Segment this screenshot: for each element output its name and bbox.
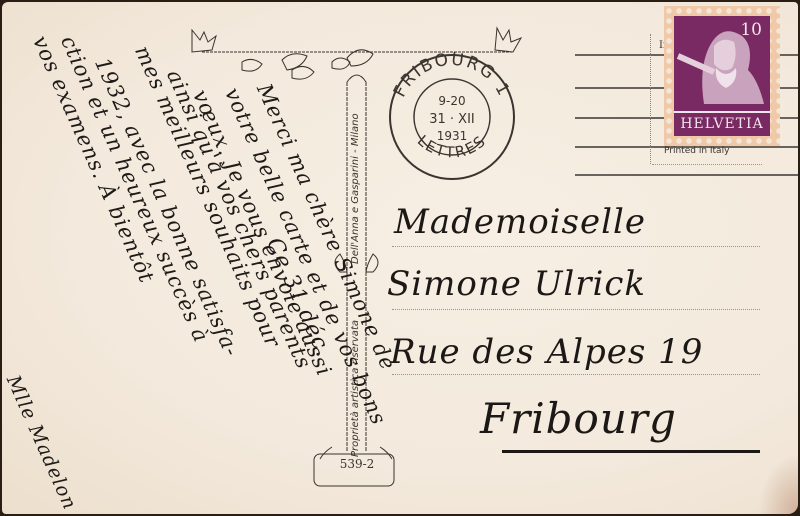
address-line-name: Simone Ulrick bbox=[387, 264, 646, 304]
postmark: FRIBOURG 1 LETTRES 9-20 31 · XII 1931 bbox=[382, 47, 522, 187]
cancellation-line bbox=[575, 174, 798, 176]
address-line-street: Rue des Alpes 19 bbox=[390, 332, 703, 372]
address-line-title: Mademoiselle bbox=[394, 202, 646, 242]
stamp-box-bottom bbox=[652, 164, 762, 165]
printed-in-note: Printed in Italy bbox=[664, 146, 729, 156]
message-signature: Mlle Madelon bbox=[2, 372, 81, 513]
paper-wear bbox=[758, 454, 798, 514]
address-rule bbox=[392, 246, 760, 247]
postmark-year: 1931 bbox=[437, 129, 468, 143]
postmark-time: 9-20 bbox=[438, 94, 465, 108]
publisher-name: Dell'Anna e Gasparini - Milano bbox=[350, 113, 361, 264]
stamp-value: 10 bbox=[740, 20, 762, 40]
address-line-city: Fribourg bbox=[480, 394, 677, 443]
stamp-image: 10 HELVETIA bbox=[674, 16, 770, 136]
postmark-date: 31 · XII bbox=[429, 112, 475, 127]
address-underline bbox=[502, 450, 760, 453]
address-rule bbox=[392, 309, 760, 310]
svg-text:FRIBOURG 1: FRIBOURG 1 bbox=[390, 50, 514, 101]
card-serial-number: 539-2 bbox=[327, 457, 387, 471]
postmark-city: FRIBOURG 1 bbox=[390, 50, 514, 101]
stamp-country: HELVETIA bbox=[674, 111, 770, 132]
postcard: Dell'Anna e Gasparini - Milano Proprietà… bbox=[2, 2, 798, 514]
address-rule bbox=[392, 374, 760, 375]
postage-stamp: 10 HELVETIA bbox=[664, 6, 780, 146]
stamp-box-border bbox=[650, 34, 651, 164]
